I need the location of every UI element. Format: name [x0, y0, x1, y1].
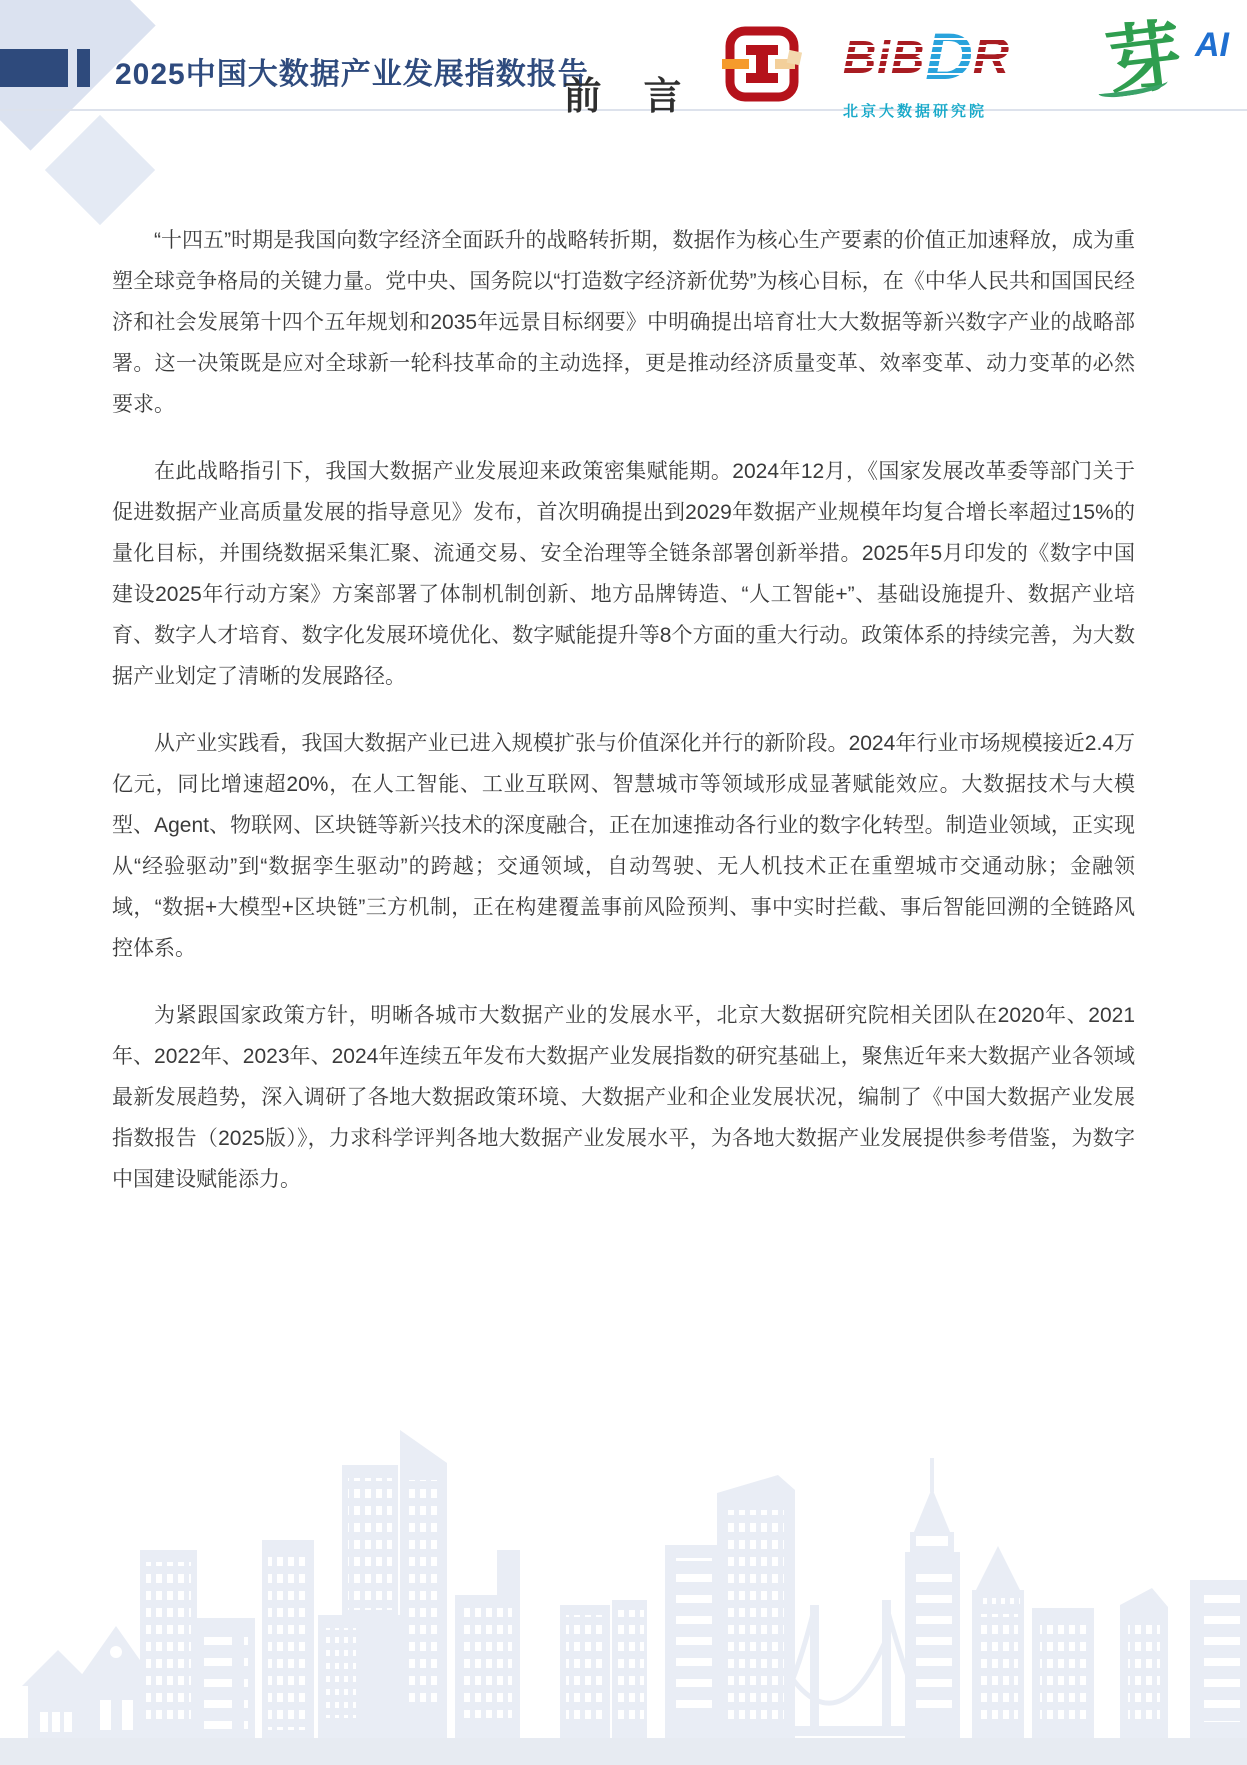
preface-paragraph-1: “十四五”时期是我国向数字经济全面跃升的战略转折期，数据作为核心生产要素的价值正…: [112, 220, 1135, 425]
bibdr-letters-bib: BiB: [843, 31, 925, 83]
city-skyline-graphic: [0, 1400, 1247, 1765]
preface-content: 前 言 “十四五”时期是我国向数字经济全面跃升的战略转折期，数据作为核心生产要素…: [0, 78, 1247, 1200]
preface-paragraph-4: 为紧跟国家政策方针，明晰各城市大数据产业的发展水平，北京大数据研究院相关团队在2…: [112, 995, 1135, 1200]
bibdr-letter-r: R: [973, 28, 1009, 84]
report-page: 2025中国大数据产业发展指数报告 BiBDR 北京大数据研究院 芽 AI 前 …: [0, 0, 1247, 1765]
preface-paragraph-2: 在此战略指引下，我国大数据产业发展迎来政策密集赋能期。2024年12月，《国家发…: [112, 451, 1135, 697]
preface-title: 前 言: [112, 78, 1135, 116]
yaai-ai-text: AI: [1195, 28, 1229, 62]
preface-paragraph-3: 从产业实践看，我国大数据产业已进入规模扩张与价值深化并行的新阶段。2024年行业…: [112, 723, 1135, 969]
